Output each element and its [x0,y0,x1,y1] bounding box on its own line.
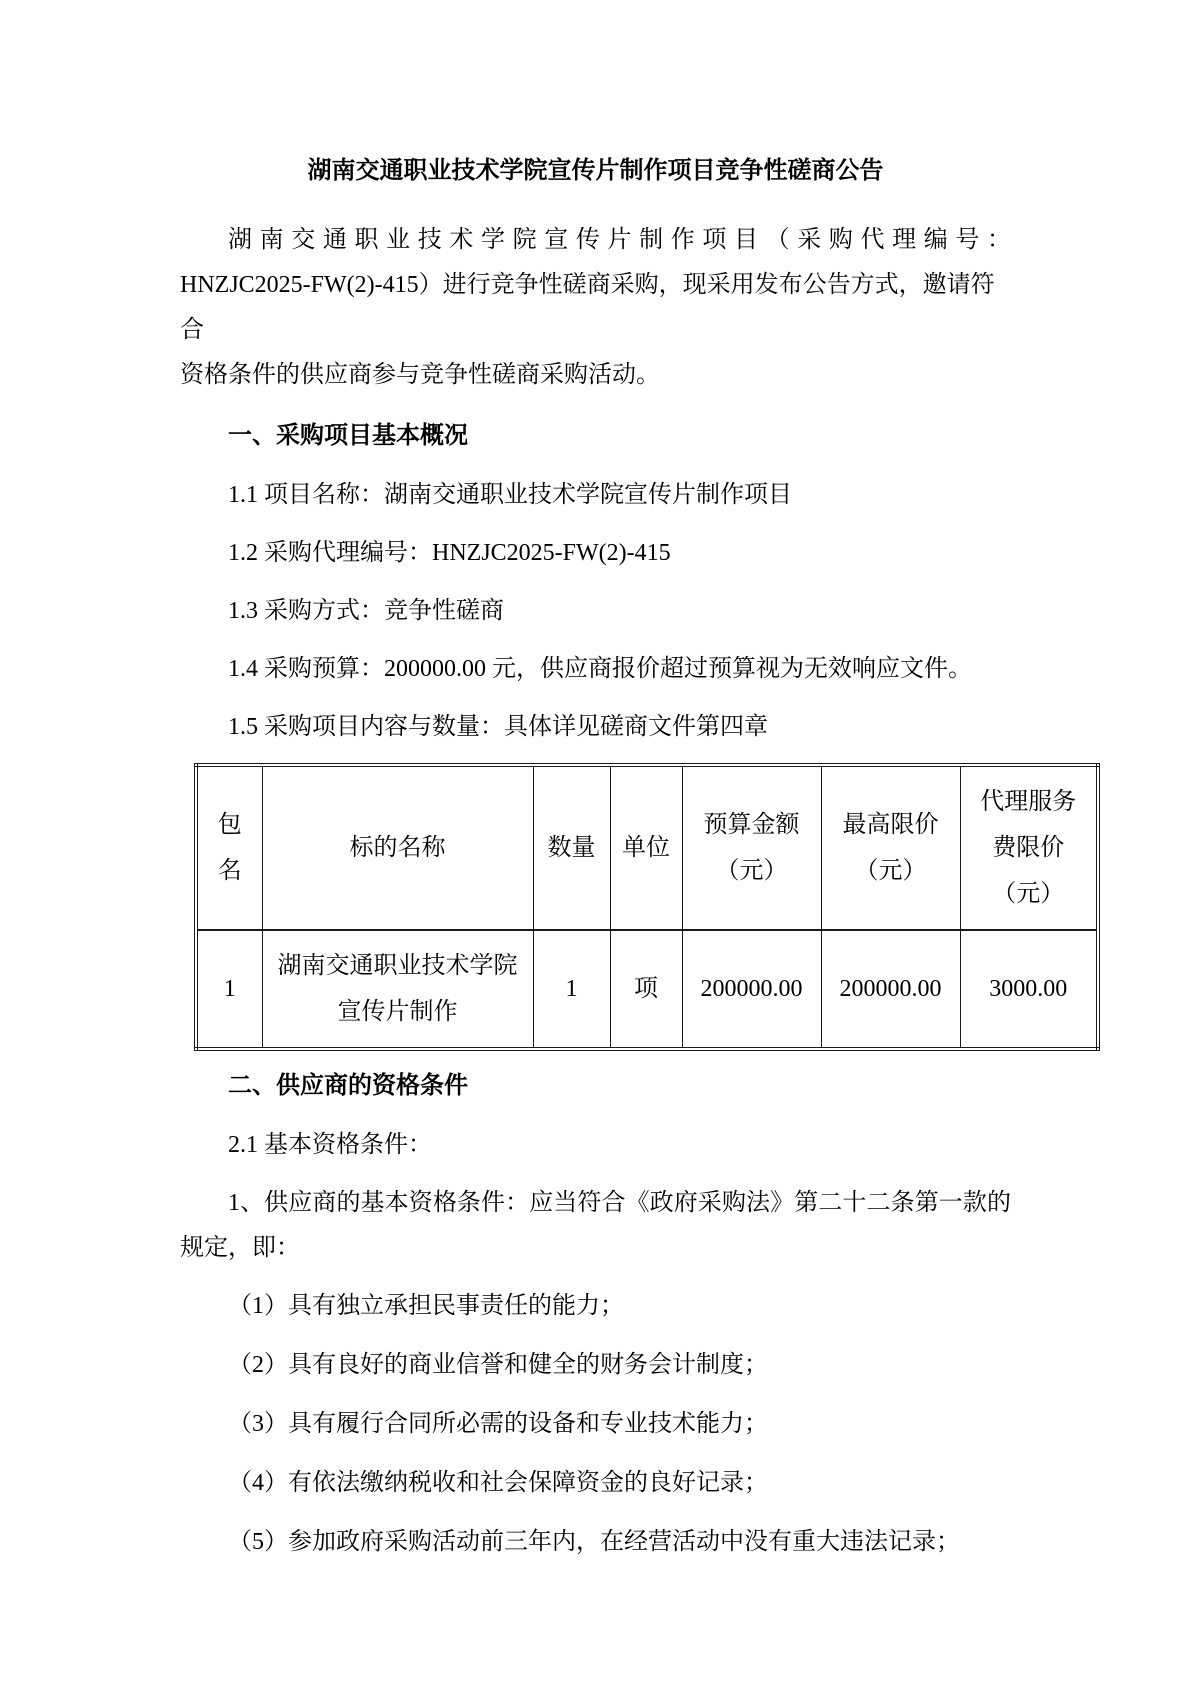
item-1-2: 1.2 采购代理编号：HNZJC2025-FW(2)-415 [180,531,1011,576]
header-unit: 单位 [610,765,682,930]
header-line: 数量 [538,825,606,871]
header-line: （元） [687,848,817,894]
qualification-line-2: 规定，即： [180,1226,1011,1271]
document-page: 湖南交通职业技术学院宣传片制作项目竞争性磋商公告 湖南交通职业技术学院宣传片制作… [0,0,1191,1684]
header-agency-fee-cap: 代理服务 费限价 （元） [960,765,1098,930]
item-1-1: 1.1 项目名称：湖南交通职业技术学院宣传片制作项目 [180,473,1011,518]
cell-budget-amount: 200000.00 [682,930,821,1049]
header-line: 预算金额 [687,802,817,848]
header-line: 单位 [615,825,678,871]
cell-unit: 项 [610,930,682,1049]
header-quantity: 数量 [533,765,610,930]
header-line: 费限价 [965,825,1093,871]
basic-qualification-paragraph: 1、供应商的基本资格条件：应当符合《政府采购法》第二十二条第一款的 规定，即： [180,1181,1011,1271]
header-line: （元） [965,871,1093,917]
header-subject-name: 标的名称 [262,765,533,930]
header-line: 代理服务 [965,779,1093,825]
section-1-heading: 一、采购项目基本概况 [180,413,1011,458]
table-header-row: 包 名 标的名称 数量 单位 预算金额 （元） 最高限价 （ [196,765,1098,930]
subitem-5: （5）参加政府采购活动前三年内，在经营活动中没有重大违法记录； [180,1520,1011,1565]
header-budget-amount: 预算金额 （元） [682,765,821,930]
cell-agency-fee-cap: 3000.00 [960,930,1098,1049]
subitem-4: （4）有依法缴纳税收和社会保障资金的良好记录； [180,1461,1011,1506]
item-1-3: 1.3 采购方式：竞争性磋商 [180,589,1011,634]
item-1-4: 1.4 采购预算：200000.00 元，供应商报价超过预算视为无效响应文件。 [180,647,1011,692]
subitem-2: （2）具有良好的商业信誉和健全的财务会计制度； [180,1343,1011,1388]
item-2-1: 2.1 基本资格条件： [180,1123,1011,1168]
subitem-1: （1）具有独立承担民事责任的能力； [180,1284,1011,1329]
header-line: 最高限价 [826,802,956,848]
intro-line-2: HNZJC2025-FW(2)-415）进行竞争性磋商采购，现采用发布公告方式，… [180,263,1011,353]
intro-line-3: 资格条件的供应商参与竞争性磋商采购活动。 [180,353,1011,398]
table-row: 1 湖南交通职业技术学院宣传片制作 1 项 200000.00 200000.0… [196,930,1098,1049]
cell-package: 1 [196,930,262,1049]
subitem-3: （3）具有履行合同所必需的设备和专业技术能力； [180,1402,1011,1447]
cell-max-price: 200000.00 [821,930,960,1049]
item-1-5: 1.5 采购项目内容与数量：具体详见磋商文件第四章 [180,705,1011,750]
document-title: 湖南交通职业技术学院宣传片制作项目竞争性磋商公告 [180,148,1011,193]
procurement-lots-table: 包 名 标的名称 数量 单位 预算金额 （元） 最高限价 （ [194,763,1100,1051]
intro-line-1: 湖南交通职业技术学院宣传片制作项目（采购代理编号： [180,218,1011,263]
header-max-price: 最高限价 （元） [821,765,960,930]
header-line: （元） [826,848,956,894]
cell-subject-name: 湖南交通职业技术学院宣传片制作 [262,930,533,1049]
header-line: 名 [202,848,258,894]
qualification-line-1: 1、供应商的基本资格条件：应当符合《政府采购法》第二十二条第一款的 [180,1181,1011,1226]
header-line: 标的名称 [267,825,529,871]
header-package: 包 名 [196,765,262,930]
intro-paragraph: 湖南交通职业技术学院宣传片制作项目（采购代理编号： HNZJC2025-FW(2… [180,218,1011,398]
cell-quantity: 1 [533,930,610,1049]
section-2-heading: 二、供应商的资格条件 [180,1063,1011,1108]
header-line: 包 [202,802,258,848]
